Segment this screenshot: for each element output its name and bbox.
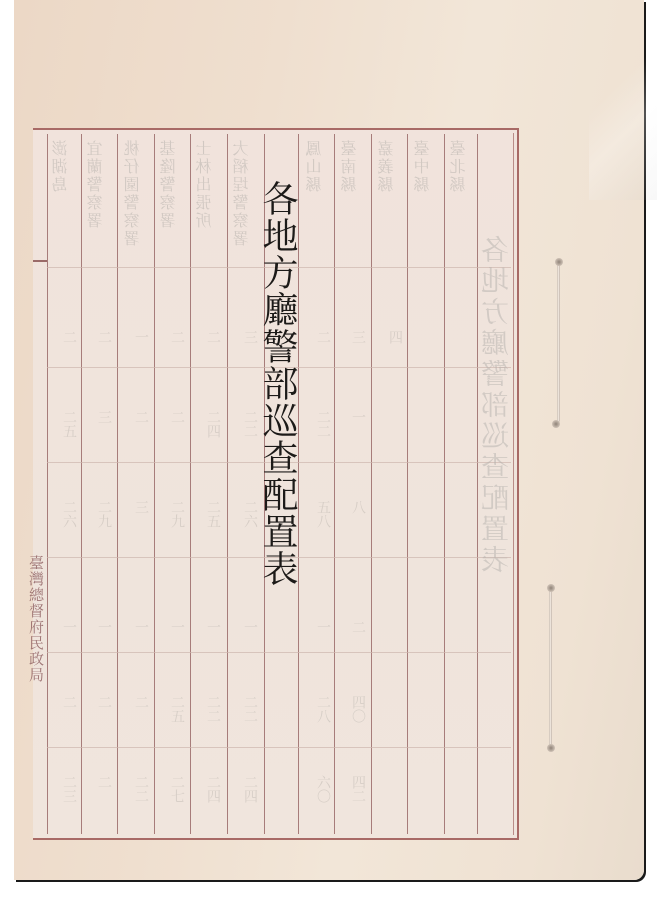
ghost-cell: 二 — [303, 330, 333, 344]
ghost-header: 澎湖島 — [49, 140, 79, 194]
ghost-header: 士林出張所 — [193, 140, 223, 230]
ghost-cell: 二二 — [121, 775, 151, 803]
ghost-cell: 二 — [121, 410, 151, 424]
binding-knot — [547, 744, 555, 752]
binding-knot — [552, 420, 560, 428]
ghost-cell: 一 — [49, 620, 79, 634]
column-rule — [47, 134, 48, 834]
ghost-cell: 八 — [338, 500, 368, 514]
ghost-cell: 五八 — [303, 500, 333, 528]
binding-knot — [555, 258, 563, 266]
ghost-cell: 一 — [193, 620, 223, 634]
left-margin-tick — [33, 260, 47, 262]
row-rule — [47, 652, 511, 653]
ghost-cell: 二 — [338, 620, 368, 634]
ghost-header: 臺南縣 — [338, 140, 368, 194]
binding-thread — [557, 262, 560, 422]
binding-knot — [547, 584, 555, 592]
ghost-header: 臺中縣 — [411, 140, 441, 194]
binding-thread — [549, 588, 552, 748]
ghost-header: 嘉義縣 — [375, 140, 405, 194]
column-rule — [444, 134, 445, 834]
column-rule — [117, 134, 118, 834]
document-page: 澎湖島 宜蘭警察署 桃仔園警察署 基隆警察署 士林出張所 大稻埕警察署 鳳山縣 … — [14, 0, 644, 880]
ghost-cell: 二四 — [193, 410, 223, 438]
ghost-cell: 二四 — [193, 775, 223, 803]
ghost-header: 基隆警察署 — [157, 140, 187, 230]
ghost-title-bleed-through: 各地方廳警部巡查配置表 — [477, 235, 507, 576]
ghost-cell: 二五 — [49, 410, 79, 438]
ghost-cell: 一 — [121, 620, 151, 634]
ghost-cell: 二 — [157, 410, 187, 424]
ghost-header: 鳳山縣 — [303, 140, 333, 194]
column-rule — [154, 134, 155, 834]
ghost-cell: 三 — [84, 410, 114, 424]
ghost-header: 宜蘭警察署 — [84, 140, 114, 230]
ghost-cell: 二 — [49, 330, 79, 344]
ghost-cell: 二 — [49, 695, 79, 709]
ghost-cell: 二五 — [157, 695, 187, 723]
ghost-cell: 二八 — [303, 695, 333, 723]
ghost-cell: 二九 — [157, 500, 187, 528]
ghost-cell: 三 — [338, 330, 368, 344]
ghost-cell: 一 — [230, 620, 260, 634]
column-rule — [371, 134, 372, 834]
row-rule — [47, 747, 511, 748]
ghost-cell: 一 — [84, 620, 114, 634]
column-rule — [81, 134, 82, 834]
ghost-cell: 四〇 — [338, 695, 368, 723]
ghost-cell: 二六 — [49, 500, 79, 528]
ghost-cell: 一 — [121, 330, 151, 344]
ghost-cell: 二五 — [193, 500, 223, 528]
ghost-cell: 二三 — [49, 775, 79, 803]
ghost-cell: 二 — [84, 695, 114, 709]
column-rule — [334, 134, 335, 834]
ghost-cell: 二 — [84, 330, 114, 344]
column-rule — [227, 134, 228, 834]
ghost-cell: 一 — [157, 620, 187, 634]
ghost-cell: 二九 — [84, 500, 114, 528]
ghost-cell: 四二 — [338, 775, 368, 803]
ghost-cell: 二四 — [230, 775, 260, 803]
ghost-cell: 二二 — [230, 695, 260, 723]
ghost-cell: 六〇 — [303, 775, 333, 803]
ghost-cell: 二七 — [157, 775, 187, 803]
ghost-cell: 二 — [193, 330, 223, 344]
ghost-cell: 四 — [375, 330, 405, 344]
ghost-cell: 二 — [121, 695, 151, 709]
ghost-cell: 一 — [303, 620, 333, 634]
ghost-cell: 二 — [84, 775, 114, 789]
ghost-cell: 二二 — [303, 410, 333, 438]
document-title: 各地方廳警部巡查配置表 — [250, 180, 300, 587]
publisher-stamp: 臺灣總督府民政局 — [31, 555, 47, 683]
column-rule — [407, 134, 408, 834]
ghost-header: 桃仔園警察署 — [121, 140, 151, 248]
ghost-header: 臺北縣 — [447, 140, 477, 194]
column-rule — [190, 134, 191, 834]
page-fold-crease — [589, 0, 657, 200]
ghost-cell: 二二 — [193, 695, 223, 723]
ghost-cell: 三 — [121, 500, 151, 514]
ghost-cell: 一 — [338, 410, 368, 424]
ghost-cell: 二 — [157, 330, 187, 344]
